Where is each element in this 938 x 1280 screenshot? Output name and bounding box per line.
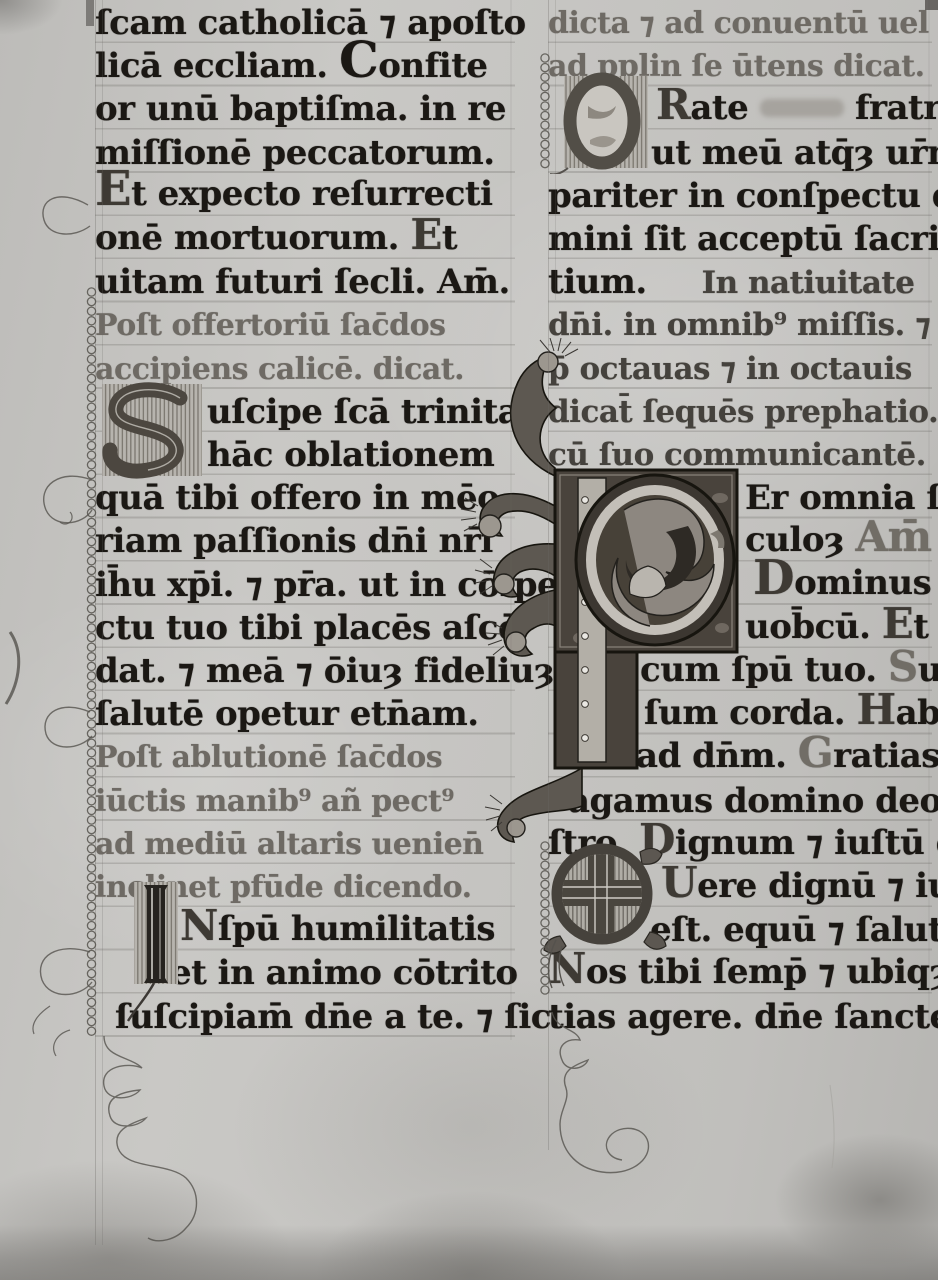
text-line: onē mortuorum. Et <box>95 213 457 256</box>
text-line: uitam futuri ſecli. Am̄. <box>95 261 510 304</box>
text-segment: miſſionē peccatorum. <box>95 133 495 173</box>
text-segment: Poſt offertoriū ſac̄dos <box>95 308 446 343</box>
text-segment: pariter in conſpectu do <box>548 176 938 216</box>
text-line: ſtro. Dignum ⁊ iuſtū ē. <box>548 818 938 861</box>
text-segment: D <box>753 550 794 606</box>
text-segment: E <box>882 599 914 648</box>
manuscript-column-right: dicta ⁊ ad conuentū uelad pplin ſe ūtens… <box>548 0 932 1022</box>
text-segment: tias agere. dn̄e ſancte patē <box>548 997 938 1037</box>
text-segment: C <box>339 30 378 89</box>
text-segment: ad mediū altaris uenien̄ <box>95 827 484 862</box>
text-segment: uitam futuri ſecli. Am̄. <box>95 262 510 302</box>
rubric-line: ad pplin ſe ūtens dicat. <box>548 45 925 88</box>
text-segment: t <box>913 607 928 647</box>
rubric-strong-line: dicat̄ ſequēs prephatio. <box>548 391 938 434</box>
text-segment: ere dignū ⁊ iuſtū <box>697 866 938 906</box>
text-line: ctu tuo tibi placēs aſcē <box>95 607 519 650</box>
text-line: Rate fratrē. <box>656 83 938 126</box>
text-line: hāc oblationem <box>207 434 494 477</box>
text-segment: accipiens calicē. dicat. <box>95 352 464 387</box>
text-segment: licā eccliam. <box>95 46 339 86</box>
erasure-mark <box>760 99 844 117</box>
text-segment: ih̄u xp̄i. ⁊ pr̄a. ut in cōſpe <box>95 565 558 605</box>
manuscript-page: ſcam catholicā ⁊ apoſtolicā eccliam. Con… <box>0 0 938 1280</box>
text-line: et in animo cōtrito <box>170 952 518 995</box>
text-line: ut meū atq̄ȝ ur̄m <box>651 132 938 175</box>
text-segment: uob̄cū. <box>745 607 882 647</box>
text-segment: et in animo cōtrito <box>170 953 518 993</box>
rubric-strong-line: p̄ octauas ⁊ in octauis <box>548 348 912 391</box>
text-segment: ur <box>918 650 938 690</box>
text-line: ſuſcipiam̄ dn̄e a te. ⁊ ſic <box>115 996 551 1039</box>
text-line: Nſpū humilitatis <box>180 904 495 947</box>
text-line: mini ſit acceptū ſacrifi <box>548 218 938 261</box>
text-segment: ut meū atq̄ȝ ur̄m <box>651 133 938 173</box>
text-segment: ad dn̄m. <box>636 736 798 776</box>
text-segment: ſum corda. <box>644 693 856 733</box>
text-segment: fratrē. <box>844 88 938 128</box>
text-segment: or unū baptiſma. in re <box>95 89 506 129</box>
text-segment: inclinet pfūde dicendo. <box>95 870 472 905</box>
text-segment: uſcipe ſcā trinitas <box>207 392 538 432</box>
text-segment: dicat̄ ſequēs prephatio. <box>548 394 938 430</box>
text-segment: ſalutē opetur etn̄am. <box>95 694 479 734</box>
text-segment: R <box>656 80 690 129</box>
rubric-line: inclinet pfūde dicendo. <box>95 866 472 909</box>
text-segment: ad pplin ſe ūtens dicat. <box>548 49 925 84</box>
text-segment: ſtro. <box>548 823 639 863</box>
text-segment: hāc oblationem <box>207 435 494 475</box>
text-line: dat. ⁊ meā ⁊ ōiuȝ fideliuȝ <box>95 650 554 693</box>
text-segment: ratias <box>833 736 938 776</box>
text-segment: ctu tuo tibi placēs aſcē <box>95 608 519 648</box>
text-line: or unū baptiſma. in re <box>95 88 506 131</box>
text-segment: t <box>442 218 457 258</box>
text-segment: quā tibi offero in mēo <box>95 478 499 518</box>
text-segment: ſpū humilitatis <box>218 909 495 949</box>
text-segment: tium. <box>548 262 647 302</box>
rubric-line: ad mediū altaris uenien̄ <box>95 823 484 866</box>
text-line: licā eccliam. Confite <box>95 38 488 81</box>
rubric-line: Poſt ablutionē ſac̄dos <box>95 736 442 779</box>
text-line: quā tibi offero in mēo <box>95 477 499 520</box>
text-segment: E <box>95 161 131 217</box>
text-line: cum ſpū tuo. Sur <box>640 645 938 688</box>
text-line: ad dn̄m. Gratias <box>636 731 938 774</box>
text-line: uob̄cū. Et <box>745 602 929 645</box>
rubric-strong-line: cū ſuo communicantē. <box>548 434 926 477</box>
text-segment: ſcam catholicā ⁊ apoſto <box>95 3 526 43</box>
text-segment: abem⁹ <box>896 693 938 733</box>
text-line: eſt. equū ⁊ ſalutare. <box>650 909 938 952</box>
text-segment: agamus domino deo no <box>568 781 938 821</box>
text-segment: cum ſpū tuo. <box>640 650 888 690</box>
text-segment: E <box>410 210 442 259</box>
text-line: uſcipe ſcā trinitas <box>207 391 538 434</box>
text-line: ſalutē opetur etn̄am. <box>95 693 479 736</box>
text-segment: onē mortuorum. <box>95 218 410 258</box>
text-line: ih̄u xp̄i. ⁊ pr̄a. ut in cōſpe <box>95 564 558 607</box>
text-segment: Poſt ablutionē ſac̄dos <box>95 740 442 775</box>
text-segment: Am̄ <box>856 512 932 561</box>
text-segment: iūctis manib⁹ añ pect⁹ <box>95 784 454 819</box>
text-segment: riam paſſionis dn̄i nr̄i <box>95 521 493 561</box>
text-line: Et expecto reſurrecti <box>95 168 493 211</box>
text-segment: dicta ⁊ ad conuentū uel <box>548 6 929 41</box>
text-segment: dn̄i. in omnib⁹ miſſis. ⁊ <box>548 307 931 343</box>
rubric-line: Poſt offertoriū ſac̄dos <box>95 304 446 347</box>
text-line: riam paſſionis dn̄i nr̄i <box>95 520 493 563</box>
rubric-line: accipiens calicē. dicat. <box>95 348 464 391</box>
text-segment: ate <box>690 88 759 128</box>
text-line: tium.In natiuitate <box>548 261 914 304</box>
text-segment: S <box>888 642 918 691</box>
manuscript-column-left: ſcam catholicā ⁊ apoſtolicā eccliam. Con… <box>95 0 515 1042</box>
text-segment: mini ſit acceptū ſacrifi <box>548 219 938 259</box>
text-segment: onfite <box>378 46 487 86</box>
text-segment: ominus <box>794 563 931 603</box>
text-segment: In natiuitate <box>702 265 915 301</box>
rubric-line: dicta ⁊ ad conuentū uel <box>548 2 929 45</box>
text-line: pariter in conſpectu do <box>548 175 938 218</box>
text-segment: D <box>639 815 675 864</box>
text-segment: N <box>180 901 218 950</box>
text-segment: U <box>661 858 697 907</box>
text-segment: N <box>548 944 586 993</box>
text-line: ſum corda. Habem⁹ <box>644 688 938 731</box>
text-segment: G <box>798 728 833 777</box>
text-segment: eſt. equū ⁊ ſalutare. <box>650 910 938 950</box>
text-segment: t expecto reſurrecti <box>131 174 492 214</box>
text-segment: ſuſcipiam̄ dn̄e a te. ⁊ ſic <box>115 997 551 1037</box>
rubric-line: iūctis manib⁹ añ pect⁹ <box>95 780 454 823</box>
text-segment: H <box>856 685 895 734</box>
text-line: Dominus <box>753 557 931 600</box>
text-line: tias agere. dn̄e ſancte patē <box>548 996 938 1039</box>
text-segment: os tibi ſemp̄ ⁊ ubiqȝ gra <box>586 952 938 992</box>
text-line: Uere dignū ⁊ iuſtū <box>661 861 938 904</box>
text-line: agamus domino deo no <box>568 780 938 823</box>
rubric-strong-line: dn̄i. in omnib⁹ miſſis. ⁊ <box>548 304 931 347</box>
text-segment: p̄ octauas ⁊ in octauis <box>548 351 912 387</box>
text-line: Nos tibi ſemp̄ ⁊ ubiqȝ gra <box>548 947 938 990</box>
text-segment: dat. ⁊ meā ⁊ ōiuȝ fideliuȝ <box>95 651 554 691</box>
text-segment: ignum ⁊ iuſtū ē. <box>675 823 938 863</box>
text-segment: cū ſuo communicantē. <box>548 437 926 473</box>
